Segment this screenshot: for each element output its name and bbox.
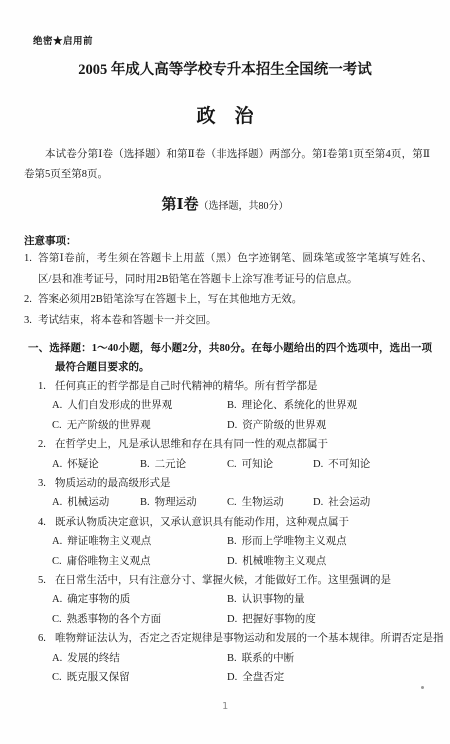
option-label: A.	[52, 653, 62, 664]
question-number: 2.	[38, 435, 55, 454]
question-5: 5. 在日常生活中，只有注意分寸、掌握火候，才能做好工作。这里强调的是 A.确定…	[38, 571, 446, 629]
option-D: D.把握好事物的度	[227, 610, 446, 629]
option-label: A.	[52, 400, 62, 411]
notice-number: 2.	[24, 290, 38, 311]
subject-title: 政 治	[0, 106, 450, 128]
exam-title: 2005 年成人高等学校专升本招生全国统一考试	[0, 61, 450, 79]
question-options: A.人们自发形成的世界观 B.理论化、系统化的世界观 C.无产阶级的世界观 D.…	[52, 396, 446, 435]
option-D: D.机械唯物主义观点	[227, 552, 446, 571]
option-label: D.	[313, 497, 323, 508]
option-text: 生物运动	[242, 497, 284, 508]
option-label: A.	[52, 594, 62, 605]
part1-instruction-text: 1～40小题，每小题2分，共80分。在每小题给出的四个选项中，选出一项最符合题目…	[55, 343, 432, 373]
notice-number: 3.	[24, 311, 38, 332]
question-options: A.辩证唯物主义观点 B.形而上学唯物主义观点 C.庸俗唯物主义观点 D.机械唯…	[52, 532, 446, 571]
option-text: 联系的中断	[242, 653, 295, 664]
option-text: 资产阶级的世界观	[242, 420, 326, 431]
option-label: B.	[140, 497, 150, 508]
option-text: 机械唯物主义观点	[242, 556, 326, 567]
option-B: B.认识事物的量	[227, 590, 446, 609]
question-options: A.发展的终结 B.联系的中断 C.既克服又保留 D.全盘否定	[52, 649, 446, 688]
question-stem-line: 3. 物质运动的最高级形式是	[38, 474, 446, 493]
option-C: C.可知论	[227, 455, 313, 474]
option-A: A.辩证唯物主义观点	[52, 532, 227, 551]
option-C: C.熟悉事物的各个方面	[52, 610, 227, 629]
option-C: C.既克服又保留	[52, 668, 227, 687]
page-number: 1	[0, 701, 450, 712]
scan-artifact-dot	[421, 686, 424, 689]
option-text: 形而上学唯物主义观点	[242, 536, 347, 547]
question-stem: 任何真正的哲学都是自己时代精神的精华。所有哲学都是	[55, 377, 446, 396]
option-label: B.	[227, 400, 237, 411]
option-B: B.二元论	[140, 455, 227, 474]
notices-block: 注意事项： 1. 答第Ⅰ卷前，考生须在答题卡上用蓝（黑）色字迹钢笔、圆珠笔或签字…	[24, 234, 432, 331]
option-label: D.	[227, 614, 237, 625]
option-label: D.	[227, 672, 237, 683]
exam-paper-page: 绝密★启用前 2005 年成人高等学校专升本招生全国统一考试 政 治 本试卷分第…	[0, 0, 450, 744]
question-options: A.机械运动 B.物理运动 C.生物运动 D.社会运动	[52, 493, 446, 512]
section1-subtitle: （选择题，共80分）	[199, 201, 289, 212]
option-text: 全盘否定	[242, 672, 284, 683]
question-number: 3.	[38, 474, 55, 493]
question-number: 6.	[38, 629, 55, 648]
question-number: 4.	[38, 513, 55, 532]
option-text: 物理运动	[155, 497, 197, 508]
section1-heading: 第Ⅰ卷（选择题，共80分）	[0, 195, 450, 217]
option-text: 无产阶级的世界观	[67, 420, 151, 431]
option-label: B.	[227, 594, 237, 605]
option-text: 可知论	[242, 459, 274, 470]
option-label: D.	[227, 556, 237, 567]
option-label: B.	[140, 459, 150, 470]
notice-item-1: 1. 答第Ⅰ卷前，考生须在答题卡上用蓝（黑）色字迹钢笔、圆珠笔或签字笔填写姓名、…	[24, 249, 432, 290]
option-label: A.	[52, 459, 62, 470]
option-label: D.	[227, 420, 237, 431]
option-text: 人们自发形成的世界观	[67, 400, 172, 411]
option-A: A.确定事物的质	[52, 590, 227, 609]
option-text: 社会运动	[328, 497, 370, 508]
option-D: D.不可知论	[313, 455, 446, 474]
question-2: 2. 在哲学史上，凡是承认思维和存在具有同一性的观点都属于 A.怀疑论 B.二元…	[38, 435, 446, 474]
question-stem-line: 4. 既承认物质决定意识，又承认意识具有能动作用，这种观点属于	[38, 513, 446, 532]
question-3: 3. 物质运动的最高级形式是 A.机械运动 B.物理运动 C.生物运动 D.社会…	[38, 474, 446, 513]
option-B: B.形而上学唯物主义观点	[227, 532, 446, 551]
part1-instruction: 一、选择题：1～40小题，每小题2分，共80分。在每小题给出的四个选项中，选出一…	[28, 339, 432, 377]
option-label: C.	[52, 672, 62, 683]
option-text: 既克服又保留	[67, 672, 130, 683]
question-stem-line: 6. 唯物辩证法认为，否定之否定规律是事物运动和发展的一个基本规律。所谓否定是指	[38, 629, 446, 648]
option-B: B.物理运动	[140, 493, 227, 512]
option-text: 机械运动	[67, 497, 109, 508]
option-A: A.怀疑论	[52, 455, 140, 474]
option-text: 二元论	[155, 459, 187, 470]
question-stem-line: 1. 任何真正的哲学都是自己时代精神的精华。所有哲学都是	[38, 377, 446, 396]
option-text: 发展的终结	[67, 653, 120, 664]
option-label: D.	[313, 459, 323, 470]
option-B: B.联系的中断	[227, 649, 446, 668]
question-number: 5.	[38, 571, 55, 590]
option-label: B.	[227, 536, 237, 547]
option-text: 把握好事物的度	[242, 614, 316, 625]
option-D: D.资产阶级的世界观	[227, 416, 446, 435]
option-text: 辩证唯物主义观点	[67, 536, 151, 547]
option-label: C.	[227, 459, 237, 470]
question-stem-line: 2. 在哲学史上，凡是承认思维和存在具有同一性的观点都属于	[38, 435, 446, 454]
option-text: 认识事物的量	[242, 594, 305, 605]
question-1: 1. 任何真正的哲学都是自己时代精神的精华。所有哲学都是 A.人们自发形成的世界…	[38, 377, 446, 435]
option-label: A.	[52, 536, 62, 547]
question-4: 4. 既承认物质决定意识，又承认意识具有能动作用，这种观点属于 A.辩证唯物主义…	[38, 513, 446, 571]
option-label: C.	[227, 497, 237, 508]
option-D: D.全盘否定	[227, 668, 446, 687]
option-label: C.	[52, 614, 62, 625]
notice-text: 答案必须用2B铅笔涂写在答题卡上，写在其他地方无效。	[38, 290, 432, 311]
question-stem: 既承认物质决定意识，又承认意识具有能动作用，这种观点属于	[55, 513, 446, 532]
notice-text: 考试结束，将本卷和答题卡一并交回。	[38, 311, 432, 332]
notice-item-2: 2. 答案必须用2B铅笔涂写在答题卡上，写在其他地方无效。	[24, 290, 432, 311]
option-A: A.人们自发形成的世界观	[52, 396, 227, 415]
question-stem: 在日常生活中，只有注意分寸、掌握火候，才能做好工作。这里强调的是	[55, 571, 446, 590]
option-label: A.	[52, 497, 62, 508]
section1-title: 第Ⅰ卷	[161, 197, 198, 213]
notices-heading: 注意事项：	[24, 234, 432, 249]
option-C: C.无产阶级的世界观	[52, 416, 227, 435]
option-text: 庸俗唯物主义观点	[67, 556, 151, 567]
question-list: 1. 任何真正的哲学都是自己时代精神的精华。所有哲学都是 A.人们自发形成的世界…	[38, 377, 446, 688]
option-text: 熟悉事物的各个方面	[67, 614, 162, 625]
question-stem: 物质运动的最高级形式是	[55, 474, 446, 493]
option-text: 怀疑论	[67, 459, 99, 470]
option-B: B.理论化、系统化的世界观	[227, 396, 446, 415]
option-C: C.庸俗唯物主义观点	[52, 552, 227, 571]
option-text: 理论化、系统化的世界观	[242, 400, 358, 411]
option-text: 不可知论	[328, 459, 370, 470]
option-label: C.	[52, 420, 62, 431]
part1-instruction-label: 一、选择题：	[28, 343, 92, 354]
intro-paragraph: 本试卷分第Ⅰ卷（选择题）和第Ⅱ卷（非选择题）两部分。第Ⅰ卷第1页至第4页，第Ⅱ卷…	[24, 145, 430, 185]
option-A: A.机械运动	[52, 493, 140, 512]
question-options: A.确定事物的质 B.认识事物的量 C.熟悉事物的各个方面 D.把握好事物的度	[52, 590, 446, 629]
question-6: 6. 唯物辩证法认为，否定之否定规律是事物运动和发展的一个基本规律。所谓否定是指…	[38, 629, 446, 687]
question-stem: 在哲学史上，凡是承认思维和存在具有同一性的观点都属于	[55, 435, 446, 454]
notice-text: 答第Ⅰ卷前，考生须在答题卡上用蓝（黑）色字迹钢笔、圆珠笔或签字笔填写姓名、区/县…	[38, 249, 432, 290]
question-number: 1.	[38, 377, 55, 396]
classification-label: 绝密★启用前	[33, 36, 450, 48]
option-text: 确定事物的质	[67, 594, 130, 605]
option-D: D.社会运动	[313, 493, 446, 512]
option-label: C.	[52, 556, 62, 567]
notice-item-3: 3. 考试结束，将本卷和答题卡一并交回。	[24, 311, 432, 332]
option-C: C.生物运动	[227, 493, 313, 512]
notice-number: 1.	[24, 249, 38, 290]
question-options: A.怀疑论 B.二元论 C.可知论 D.不可知论	[52, 455, 446, 474]
question-stem-line: 5. 在日常生活中，只有注意分寸、掌握火候，才能做好工作。这里强调的是	[38, 571, 446, 590]
question-stem: 唯物辩证法认为，否定之否定规律是事物运动和发展的一个基本规律。所谓否定是指	[55, 629, 446, 648]
option-A: A.发展的终结	[52, 649, 227, 668]
option-label: B.	[227, 653, 237, 664]
